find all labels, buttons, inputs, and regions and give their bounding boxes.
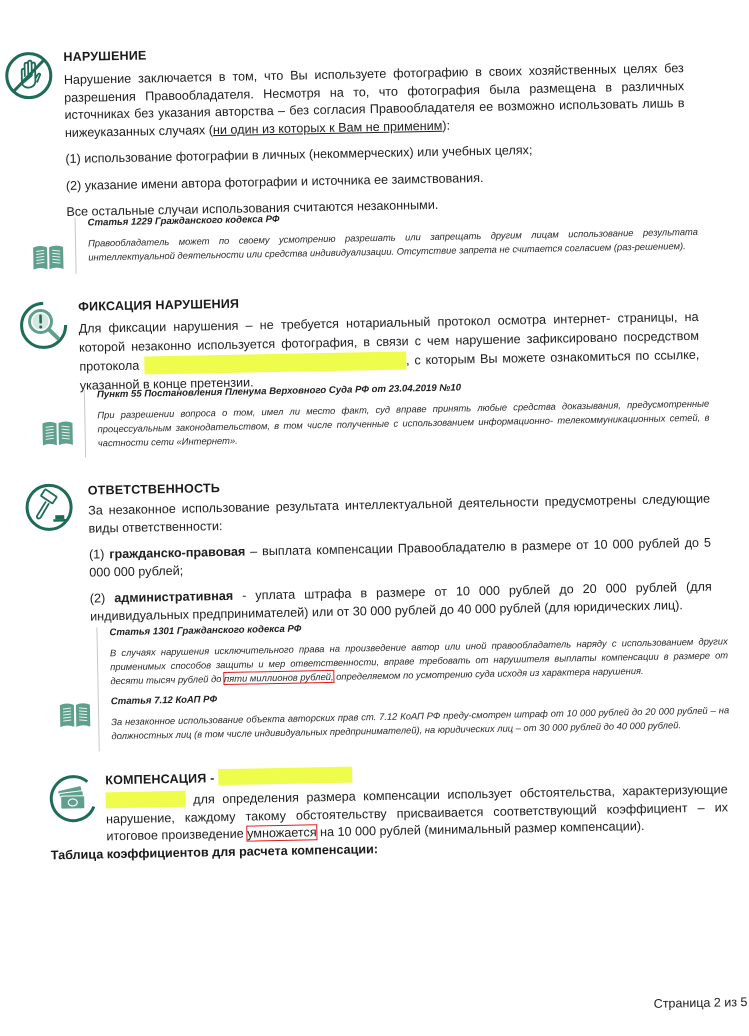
liability-intro: За незаконное использование результата и…	[88, 491, 711, 538]
violation-body: Нарушение заключается в том, что Вы испо…	[64, 60, 687, 230]
redacted-highlight	[144, 351, 406, 374]
page-number: Страница 2 из 5	[654, 995, 748, 1011]
liability-item-1: (1) гражданско-правовая – выплата компен…	[89, 535, 712, 582]
quote-text: При разрешении вопроса о том, имел ли ме…	[97, 397, 710, 451]
legal-quote-712: Статья 7.12 КоАП РФ За незаконное исполь…	[111, 684, 730, 743]
legal-quote-1301: Статья 1301 Гражданского кодекса РФ В сл…	[109, 615, 728, 688]
legal-quotes-liability: Статья 1301 Гражданского кодекса РФ В сл…	[96, 615, 729, 751]
book-icon	[31, 242, 66, 273]
no-hand-icon	[3, 50, 54, 101]
book-icon	[40, 418, 75, 449]
section-title-fixation: ФИКСАЦИЯ НАРУШЕНИЯ	[78, 297, 239, 314]
legal-quote-1229: Статья 1229 Гражданского кодекса РФ Прав…	[75, 206, 699, 274]
underlined-text: ни один из которых к Вам не применим	[213, 118, 443, 136]
red-box-annotation: умножается	[247, 825, 317, 840]
compensation-paragraph: для определения размера компенсации испо…	[106, 780, 729, 845]
quote-title: Статья 7.12 КоАП РФ	[111, 684, 729, 707]
liability-body: За незаконное использование результата и…	[88, 491, 712, 635]
legal-quote-plenum: Пункт 55 Постановления Пленума Верховног…	[84, 378, 710, 458]
table-caption: Таблица коэффициентов для расчета компен…	[51, 842, 378, 862]
section-title-violation: НАРУШЕНИЕ	[63, 48, 146, 64]
red-box-annotation: пяти миллионов рублей,	[224, 671, 334, 684]
gavel-icon	[24, 482, 75, 533]
redacted-highlight	[106, 791, 186, 809]
document-page: НАРУШЕНИЕ Нарушение заключается в том, ч…	[0, 0, 749, 1036]
redacted-highlight	[218, 767, 352, 786]
quote-text: В случаях нарушения исключительного прав…	[110, 634, 729, 688]
money-icon	[47, 773, 98, 824]
violation-item-2: (2) указание имени автора фотографии и и…	[66, 166, 686, 195]
compensation-body: для определения размера компенсации испо…	[106, 780, 729, 854]
book-icon	[58, 700, 93, 731]
magnifier-exclamation-icon	[18, 300, 69, 351]
violation-paragraph: Нарушение заключается в том, что Вы испо…	[64, 60, 685, 142]
quote-text: За незаконное использование объекта авто…	[111, 703, 729, 743]
quote-text: Правообладатель может по своему усмотрен…	[88, 225, 698, 265]
violation-item-1: (1) использование фотографии в личных (н…	[65, 139, 685, 168]
section-title-compensation: КОМПЕНСАЦИЯ -	[105, 767, 352, 788]
section-title-liability: ОТВЕТСТВЕННОСТЬ	[88, 481, 220, 498]
